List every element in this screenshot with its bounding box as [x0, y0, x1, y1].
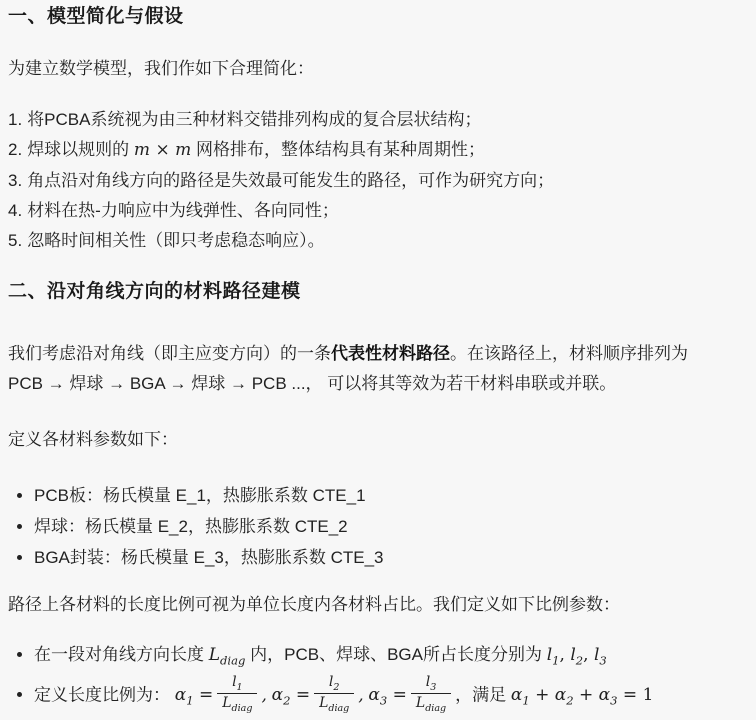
item-text: 材料在热-力响应中为线弹性、各向同性； — [27, 201, 339, 220]
paragraph-text: 。在该路径上，材料顺序排列为 — [450, 344, 688, 363]
math-comma: , — [583, 645, 588, 665]
assumption-item-3: 3.角点沿对角线方向的路径是失效最可能发生的路径，可作为研究方向； — [8, 166, 748, 196]
math-subscript: 2 — [333, 682, 339, 693]
equals-sign: = — [296, 685, 310, 705]
math-alpha2: α2 = — [272, 685, 311, 705]
math-subscript: 3 — [599, 653, 606, 667]
math-var: L — [416, 695, 425, 711]
item-text: 网格排布，整体结构具有某种周期性； — [196, 140, 485, 159]
item-text: 定义长度比例为： — [34, 685, 170, 704]
plus-sign: + — [579, 685, 593, 705]
material-item-bga: BGA封装：杨氏模量 E_3，热膨胀系数 CTE_3 — [34, 542, 748, 573]
material-item-pcb: PCB板：杨氏模量 E_1，热膨胀系数 CTE_1 — [34, 480, 748, 511]
materials-list: PCB板：杨氏模量 E_1，热膨胀系数 CTE_1 焊球：杨氏模量 E_2，热膨… — [8, 480, 748, 573]
ratio-item-equation: 定义长度比例为： α1 =l1Ldiag, α2 =l2Ldiag, α3 =l… — [34, 676, 748, 716]
document: 一、模型简化与假设 为建立数学模型，我们作如下合理简化： 1.将PCBA系统视为… — [0, 0, 756, 716]
fraction-l3-Ldiag: l3Ldiag — [411, 674, 451, 714]
item-number: 4. — [8, 201, 22, 220]
math-subscript: 3 — [430, 682, 436, 693]
fraction-numerator: l2 — [324, 674, 345, 693]
ratio-item-lengths: 在一段对角线方向长度 Ldiag 内，PCB、焊球、BGA所占长度分别为 l1,… — [34, 640, 748, 670]
fraction-denominator: Ldiag — [314, 693, 354, 713]
math-var: α — [175, 685, 186, 705]
item-number: 3. — [8, 171, 22, 190]
material-item-solder: 焊球：杨氏模量 E_2，热膨胀系数 CTE_2 — [34, 511, 748, 542]
math-var: L — [209, 645, 220, 665]
material-sequence: PCB → 焊球 → BGA → 焊球 → PCB ...， — [8, 374, 323, 393]
math-comma: , — [358, 685, 363, 705]
math-subscript: 3 — [380, 694, 387, 708]
paragraph-text: 我们考虑沿对角线（即主应变方向）的一条 — [8, 344, 331, 363]
assumption-item-1: 1.将PCBA系统视为由三种材料交错排列构成的复合层状结构； — [8, 105, 748, 135]
ratio-list: 在一段对角线方向长度 Ldiag 内，PCB、焊球、BGA所占长度分别为 l1,… — [8, 640, 748, 716]
equals-sign: = — [393, 685, 407, 705]
math-var: α — [555, 685, 566, 705]
path-description-paragraph: 我们考虑沿对角线（即主应变方向）的一条代表性材料路径。在该路径上，材料顺序排列为… — [8, 339, 748, 399]
fraction-denominator: Ldiag — [411, 693, 451, 713]
assumptions-list: 1.将PCBA系统视为由三种材料交错排列构成的复合层状结构； 2.焊球以规则的 … — [8, 105, 748, 255]
fraction-denominator: Ldiag — [217, 693, 257, 713]
equals-sign: = — [199, 685, 213, 705]
fraction-l1-Ldiag: l1Ldiag — [217, 674, 257, 714]
bold-representative-path: 代表性材料路径 — [331, 344, 450, 363]
math-comma: , — [261, 685, 266, 705]
math-subscript: diag — [232, 703, 253, 714]
math-alpha3: α3 = — [368, 685, 407, 705]
item-number: 5. — [8, 231, 22, 250]
ratio-intro: 路径上各材料的长度比例可视为单位长度内各材料占比。我们定义如下比例参数： — [8, 590, 748, 620]
math-subscript: 1 — [522, 694, 529, 708]
math-m-by-m: m × m — [134, 140, 191, 160]
math-subscript: 3 — [610, 694, 617, 708]
math-L-diag: Ldiag — [209, 645, 246, 665]
plus-sign: + — [535, 685, 549, 705]
math-subscript: diag — [220, 653, 245, 667]
item-text: 在一段对角线方向长度 — [34, 645, 204, 664]
item-text: 角点沿对角线方向的路径是失效最可能发生的路径，可作为研究方向； — [27, 171, 554, 190]
section1-heading: 一、模型简化与假设 — [8, 4, 748, 30]
math-subscript: diag — [425, 703, 446, 714]
assumption-item-2: 2.焊球以规则的 m × m 网格排布，整体结构具有某种周期性； — [8, 135, 748, 166]
math-var: α — [272, 685, 283, 705]
math-var: L — [319, 695, 328, 711]
assumption-item-4: 4.材料在热-力响应中为线弹性、各向同性； — [8, 196, 748, 226]
math-sum-constraint: α1 + α2 + α3 = 1 — [511, 685, 654, 705]
item-text: 焊球以规则的 — [27, 140, 129, 159]
item-number: 1. — [8, 110, 22, 129]
materials-intro: 定义各材料参数如下： — [8, 425, 748, 455]
item-text: 内，PCB、焊球、BGA所占长度分别为 — [250, 645, 542, 664]
fraction-l2-Ldiag: l2Ldiag — [314, 674, 354, 714]
item-text: 忽略时间相关性（即只考虑稳态响应）。 — [27, 231, 325, 250]
math-subscript: 2 — [283, 694, 290, 708]
paragraph-text: 可以将其等效为若干材料串联或并联。 — [327, 374, 616, 393]
math-var: α — [599, 685, 610, 705]
math-lengths: l1, l2, l3 — [547, 645, 607, 665]
assumption-item-5: 5.忽略时间相关性（即只考虑稳态响应）。 — [8, 226, 748, 256]
math-var: α — [511, 685, 522, 705]
math-subscript: 1 — [186, 694, 193, 708]
math-comma: , — [560, 645, 565, 665]
math-subscript: diag — [328, 703, 349, 714]
section2-heading: 二、沿对角线方向的材料路径建模 — [8, 279, 748, 305]
math-alpha1: α1 = — [175, 685, 214, 705]
math-var: α — [368, 685, 379, 705]
fraction-numerator: l1 — [227, 674, 248, 693]
math-subscript: 1 — [237, 682, 243, 693]
math-var: L — [222, 695, 231, 711]
item-number: 2. — [8, 140, 22, 159]
math-subscript: 2 — [566, 694, 573, 708]
item-text: ，满足 — [455, 685, 506, 704]
item-text: 将PCBA系统视为由三种材料交错排列构成的复合层状结构； — [27, 110, 481, 129]
equals-one: = 1 — [623, 685, 653, 705]
fraction-numerator: l3 — [421, 674, 442, 693]
math-subscript: 1 — [552, 653, 559, 667]
section1-intro: 为建立数学模型，我们作如下合理简化： — [8, 54, 748, 84]
